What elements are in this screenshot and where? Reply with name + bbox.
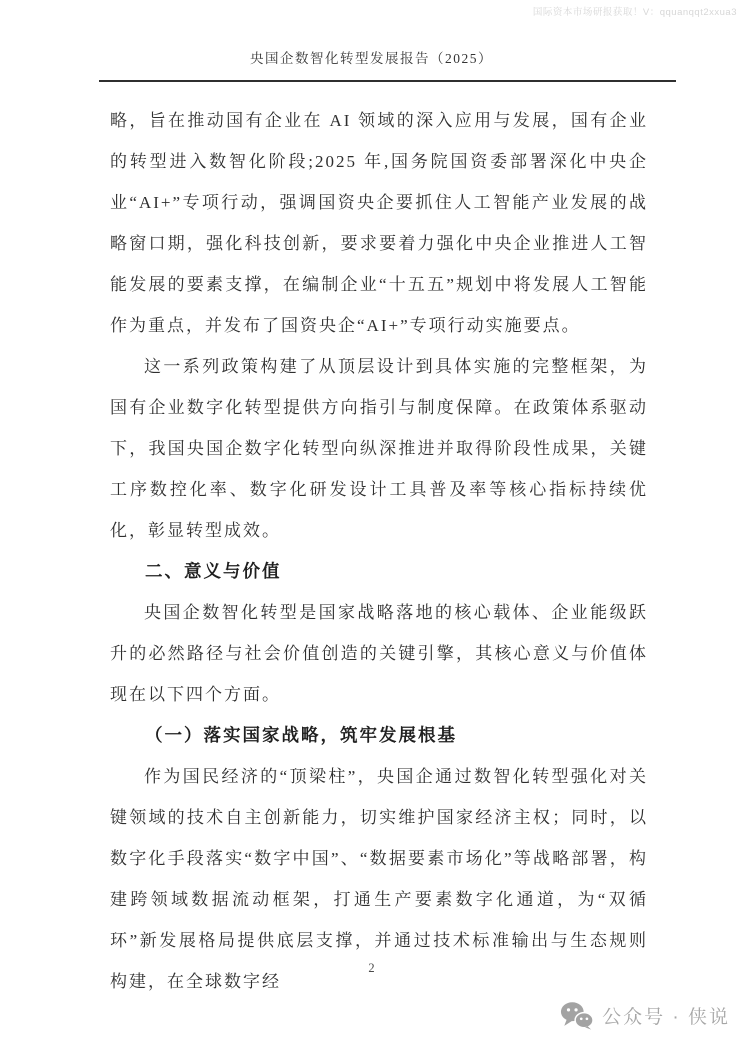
paragraph-continuation: 略，旨在推动国有企业在 AI 领域的深入应用与发展，国有企业的转型进入数智化阶段… — [110, 100, 648, 346]
document-body: 略，旨在推动国有企业在 AI 领域的深入应用与发展，国有企业的转型进入数智化阶段… — [110, 100, 648, 1002]
document-page: 国际资本市场研报获取！V：qquanqqt2xxua3 央国企数智化转型发展报告… — [0, 0, 743, 1052]
subsection-heading-1: （一）落实国家战略，筑牢发展根基 — [110, 715, 648, 756]
bottom-watermark-label: 公众号 · 侠说 — [602, 1002, 730, 1029]
paragraph-meaning-intro: 央国企数智化转型是国家战略落地的核心载体、企业能级跃升的必然路径与社会价值创造的… — [110, 592, 648, 715]
bottom-watermark: 公众号 · 侠说 — [560, 1001, 730, 1030]
top-watermark: 国际资本市场研报获取！V：qquanqqt2xxua3 — [533, 4, 737, 18]
wechat-icon — [560, 1001, 594, 1030]
page-number: 2 — [0, 961, 743, 976]
header-divider — [99, 80, 676, 82]
report-header-title: 央国企数智化转型发展报告（2025） — [0, 47, 743, 67]
paragraph-policy-framework: 这一系列政策构建了从顶层设计到具体实施的完整框架，为国有企业数字化转型提供方向指… — [110, 346, 648, 551]
section-heading-2: 二、意义与价值 — [110, 551, 648, 592]
